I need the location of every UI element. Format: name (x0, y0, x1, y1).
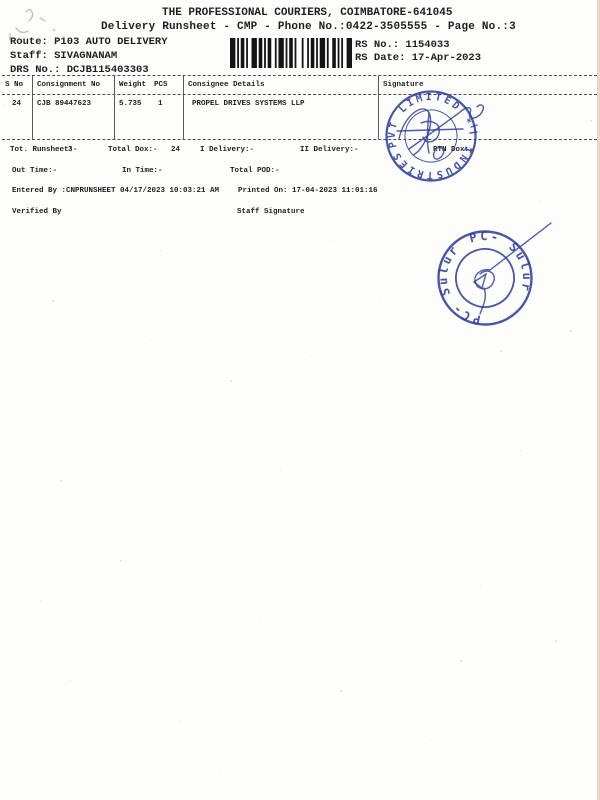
col-header-signature: Signature (383, 81, 424, 89)
branch-stamp: PC- Sulur PC- Sulur (434, 220, 560, 330)
paper-speck (590, 120, 592, 122)
paper-speck (180, 720, 181, 721)
dashed-rule-bottom (2, 139, 597, 140)
document-title: THE PROFESSIONAL COURIERS, COIMBATORE-64… (162, 7, 452, 19)
paper-speck (280, 470, 281, 471)
paper-speck (160, 250, 161, 251)
entered-by-field: Entered By :CNPRUNSHEET 04/17/2023 10:03… (12, 187, 219, 195)
paper-speck (380, 300, 381, 301)
paper-speck (410, 500, 411, 501)
total-dox-label: Total Dox:- (108, 146, 158, 154)
route-field: Route: P103 AUTO DELIVERY (10, 37, 168, 49)
staff-field: Staff: SIVAGNANAM (10, 51, 117, 63)
paper-speck (3, 104, 4, 105)
row-consignee: PROPEL DRIVES SYSTEMS LLP (192, 100, 305, 108)
signature-scribble (434, 148, 444, 159)
paper-speck (60, 480, 62, 482)
paper-speck (330, 240, 331, 241)
total-pod-field: Total POD:- (230, 167, 280, 175)
paper-speck (120, 560, 122, 562)
rs-no-field: RS No.: 1154033 (355, 40, 450, 52)
rs-date-field: RS Date: 17-Apr-2023 (355, 53, 481, 65)
barcode (230, 38, 352, 68)
paper-speck (40, 600, 41, 601)
paper-speck (310, 355, 311, 356)
paper-speck (230, 380, 232, 382)
col-header-consignment: Consignment No (37, 81, 100, 89)
paper-speck (70, 680, 71, 681)
staff-signature-label: Staff Signature (237, 208, 305, 216)
scanned-page: THE PROFESSIONAL COURIERS, COIMBATORE-64… (0, 0, 600, 800)
in-time-field: In Time:- (122, 167, 163, 175)
paper-speck (555, 640, 557, 642)
paper-speck (260, 620, 261, 621)
col-header-consignee: Consignee Details (188, 81, 265, 89)
paper-speck (480, 585, 481, 586)
dashed-rule-top (2, 75, 597, 76)
branch-stamp-ring-text: PC- Sulur PC- Sulur (434, 220, 549, 330)
total-dox-value: 24 (171, 146, 180, 154)
ii-delivery-field: II Delivery:- (300, 146, 359, 154)
paper-speck (340, 690, 342, 692)
company-stamp: PVT LIMITED * INDUSTRIES (383, 89, 505, 187)
signature-scribble (480, 288, 485, 314)
paper-speck (520, 450, 521, 451)
col-header-sno: S No (5, 81, 23, 89)
document-subtitle: Delivery Runsheet - CMP - Phone No.:0422… (101, 21, 516, 33)
paper-speck (52, 300, 54, 302)
paper-speck (460, 660, 462, 662)
row-pcs: 1 (158, 100, 163, 108)
table-column-divider (114, 76, 115, 139)
table-column-divider (32, 76, 33, 139)
row-consignment: CJB 89447623 (37, 100, 91, 108)
paper-speck (570, 330, 572, 332)
i-delivery-field: I Delivery:- (200, 146, 254, 154)
paper-speck (90, 420, 91, 421)
paper-speck (220, 770, 221, 771)
paper-speck (540, 200, 541, 201)
printed-on-field: Printed On: 17-04-2023 11:01:16 (238, 187, 378, 195)
row-sno: 24 (12, 100, 21, 108)
paper-speck (500, 350, 502, 352)
tot-runsheet-value: 3 (68, 146, 73, 154)
paper-speck (150, 340, 151, 341)
svg-text:PC- Sulur PC- Sulur: PC- Sulur PC- Sulur (434, 220, 560, 330)
col-header-weight: Weight (119, 81, 146, 89)
paper-speck (430, 740, 431, 741)
row-weight: 5.735 (119, 100, 142, 108)
table-column-divider (378, 76, 379, 139)
table-column-divider (183, 76, 184, 139)
dashed-rule-header (2, 94, 597, 95)
col-header-pcs: PCS (154, 81, 168, 89)
out-time-field: Out Time:- (12, 167, 57, 175)
verified-by-label: Verified By (12, 208, 62, 216)
